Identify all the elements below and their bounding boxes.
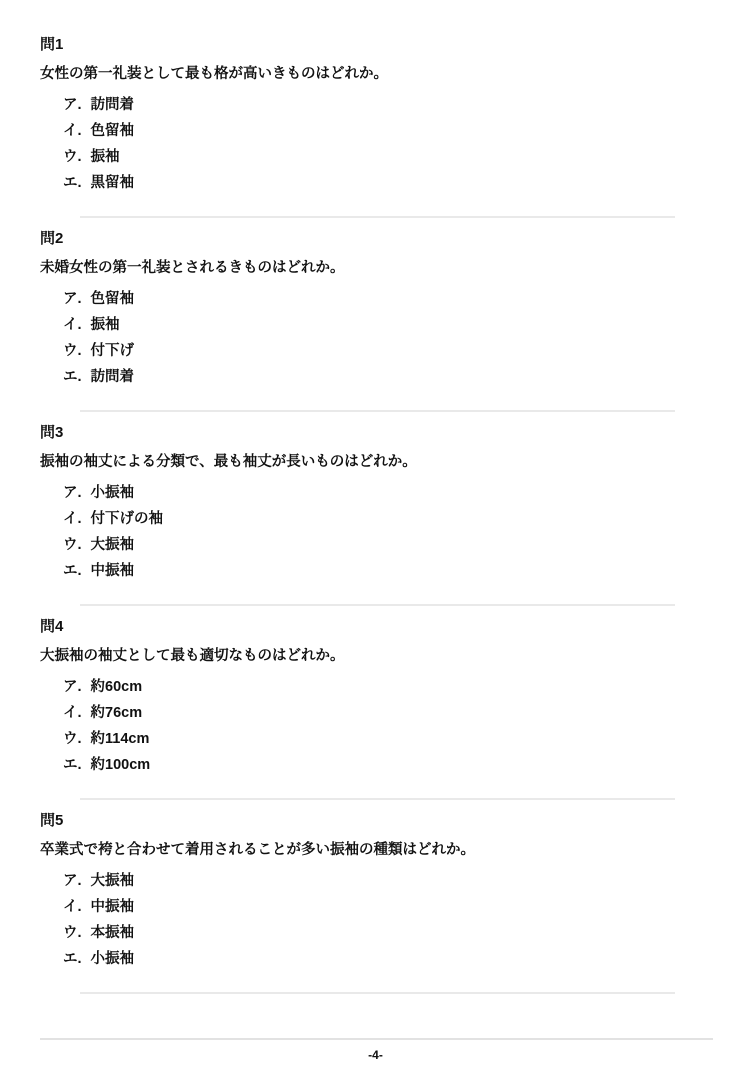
option-a: ア.色留袖 xyxy=(63,286,713,312)
option-text: 黒留袖 xyxy=(91,175,135,191)
option-text: 本振袖 xyxy=(91,925,135,941)
option-u: ウ.大振袖 xyxy=(63,532,713,558)
options-list: ア.訪問着 イ.色留袖 ウ.振袖 エ.黒留袖 xyxy=(40,92,713,196)
question-block-4: 問4 大振袖の袖丈として最も適切なものはどれか。 ア.約60cm イ.約76cm… xyxy=(40,618,713,800)
option-a: ア.小振袖 xyxy=(63,480,713,506)
question-number: 問3 xyxy=(40,424,713,442)
option-e: エ.小振袖 xyxy=(63,946,713,972)
question-divider xyxy=(80,216,675,218)
option-marker: ウ. xyxy=(63,537,82,553)
question-text: 女性の第一礼装として最も格が高いきものはどれか。 xyxy=(40,65,713,83)
question-text: 未婚女性の第一礼装とされるきものはどれか。 xyxy=(40,259,713,277)
question-block-5: 問5 卒業式で袴と合わせて着用されることが多い振袖の種類はどれか。 ア.大振袖 … xyxy=(40,812,713,994)
option-marker: エ. xyxy=(63,563,82,579)
question-block-3: 問3 振袖の袖丈による分類で、最も袖丈が長いものはどれか。 ア.小振袖 イ.付下… xyxy=(40,424,713,606)
option-text: 中振袖 xyxy=(91,563,135,579)
option-marker: ウ. xyxy=(63,149,82,165)
option-text: 訪問着 xyxy=(91,97,135,113)
option-i: イ.振袖 xyxy=(63,312,713,338)
option-marker: エ. xyxy=(63,757,82,773)
option-e: エ.訪問着 xyxy=(63,364,713,390)
option-marker: ウ. xyxy=(63,731,82,747)
option-u: ウ.本振袖 xyxy=(63,920,713,946)
footer-rule xyxy=(40,1038,713,1040)
option-marker: ウ. xyxy=(63,343,82,359)
option-text: 中振袖 xyxy=(91,899,135,915)
option-text: 付下げの袖 xyxy=(91,511,164,527)
option-text: 色留袖 xyxy=(91,291,135,307)
question-text: 大振袖の袖丈として最も適切なものはどれか。 xyxy=(40,647,713,665)
question-text: 卒業式で袴と合わせて着用されることが多い振袖の種類はどれか。 xyxy=(40,841,713,859)
option-e: エ.約100cm xyxy=(63,752,713,778)
question-divider xyxy=(80,604,675,606)
option-marker: イ. xyxy=(63,511,82,527)
option-marker: ア. xyxy=(63,97,82,113)
options-list: ア.小振袖 イ.付下げの袖 ウ.大振袖 エ.中振袖 xyxy=(40,480,713,584)
option-marker: ア. xyxy=(63,873,82,889)
option-text: 約114cm xyxy=(91,731,150,747)
options-list: ア.色留袖 イ.振袖 ウ.付下げ エ.訪問着 xyxy=(40,286,713,390)
option-i: イ.色留袖 xyxy=(63,118,713,144)
question-block-2: 問2 未婚女性の第一礼装とされるきものはどれか。 ア.色留袖 イ.振袖 ウ.付下… xyxy=(40,230,713,412)
option-text: 訪問着 xyxy=(91,369,135,385)
question-number: 問2 xyxy=(40,230,713,248)
option-marker: イ. xyxy=(63,705,82,721)
option-marker: ア. xyxy=(63,485,82,501)
option-text: 大振袖 xyxy=(91,537,135,553)
option-marker: エ. xyxy=(63,951,82,967)
option-i: イ.付下げの袖 xyxy=(63,506,713,532)
option-u: ウ.付下げ xyxy=(63,338,713,364)
option-i: イ.中振袖 xyxy=(63,894,713,920)
question-number: 問4 xyxy=(40,618,713,636)
question-number: 問5 xyxy=(40,812,713,830)
option-text: 色留袖 xyxy=(91,123,135,139)
option-marker: イ. xyxy=(63,123,82,139)
question-divider xyxy=(80,798,675,800)
option-text: 約60cm xyxy=(91,679,143,695)
option-text: 約100cm xyxy=(91,757,151,773)
options-list: ア.約60cm イ.約76cm ウ.約114cm エ.約100cm xyxy=(40,674,713,778)
option-i: イ.約76cm xyxy=(63,700,713,726)
option-e: エ.中振袖 xyxy=(63,558,713,584)
options-list: ア.大振袖 イ.中振袖 ウ.本振袖 エ.小振袖 xyxy=(40,868,713,972)
option-text: 小振袖 xyxy=(91,485,135,501)
option-marker: ア. xyxy=(63,679,82,695)
question-number: 問1 xyxy=(40,36,713,54)
option-marker: イ. xyxy=(63,899,82,915)
question-text: 振袖の袖丈による分類で、最も袖丈が長いものはどれか。 xyxy=(40,453,713,471)
option-text: 振袖 xyxy=(91,149,120,165)
option-u: ウ.振袖 xyxy=(63,144,713,170)
option-text: 振袖 xyxy=(91,317,120,333)
option-a: ア.大振袖 xyxy=(63,868,713,894)
option-text: 付下げ xyxy=(91,343,135,359)
exam-document-page: 問1 女性の第一礼装として最も格が高いきものはどれか。 ア.訪問着 イ.色留袖 … xyxy=(0,0,751,1080)
page-number: -4- xyxy=(0,1048,751,1062)
option-marker: ウ. xyxy=(63,925,82,941)
option-marker: エ. xyxy=(63,175,82,191)
option-marker: イ. xyxy=(63,317,82,333)
option-text: 大振袖 xyxy=(91,873,135,889)
option-marker: エ. xyxy=(63,369,82,385)
question-divider xyxy=(80,992,675,994)
option-text: 小振袖 xyxy=(91,951,135,967)
option-text: 約76cm xyxy=(91,705,143,721)
option-marker: ア. xyxy=(63,291,82,307)
option-u: ウ.約114cm xyxy=(63,726,713,752)
option-e: エ.黒留袖 xyxy=(63,170,713,196)
question-divider xyxy=(80,410,675,412)
option-a: ア.約60cm xyxy=(63,674,713,700)
option-a: ア.訪問着 xyxy=(63,92,713,118)
question-block-1: 問1 女性の第一礼装として最も格が高いきものはどれか。 ア.訪問着 イ.色留袖 … xyxy=(40,36,713,218)
